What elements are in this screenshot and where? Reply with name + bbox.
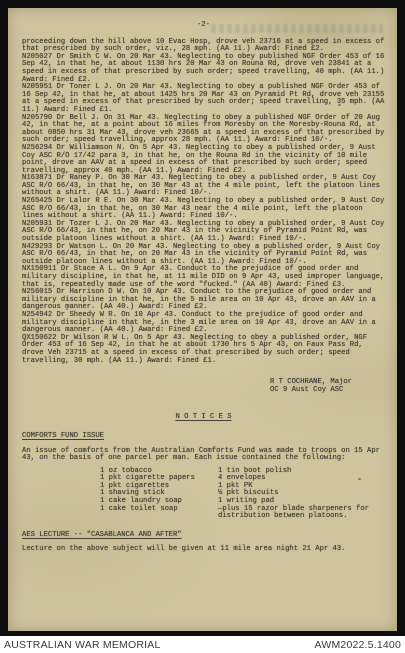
lecture-heading: AES LECTURE -- "CASABLANCA AND AFTER": [22, 532, 385, 540]
charge-entry: N265425 Dr Lalor R E. On 30 Mar 43. Negl…: [22, 198, 385, 221]
comforts-items-left: 1 oz tobacco1 pkt cigarette papers1 pkt …: [100, 468, 218, 521]
scanned-document-view: -2- proceeding down the hill above 10 Ev…: [0, 0, 405, 653]
charge-entry: proceeding down the hill above 10 Evac H…: [22, 39, 385, 54]
comforts-item: —plus 15 razor blade sharpeners for dist…: [218, 506, 378, 521]
awm-caption-title: AUSTRALIAN WAR MEMORIAL: [4, 639, 160, 651]
charge-entry: N256015 Dr Harrison D W. On 10 Apr 43. C…: [22, 289, 385, 312]
charge-entry: N256294 Dr Williamson N. On 5 Apr 43. Ne…: [22, 145, 385, 175]
signature-block: R T COCHRANE, Major OC 9 Aust Coy ASC: [270, 379, 385, 394]
document-page: -2- proceeding down the hill above 10 Ev…: [8, 8, 397, 631]
charge-entry: N205951 Dr Toner L J. On 20 Mar 43. Negl…: [22, 84, 385, 114]
page-number: -2-: [22, 22, 385, 30]
notices-heading: N O T I C E S: [22, 414, 385, 422]
comforts-fund-intro: An issue of comforts from the Australian…: [22, 448, 385, 463]
awm-accession-number: AWM2022.5.1400: [315, 639, 401, 651]
lecture-body: Lecture on the above subject will be giv…: [22, 546, 385, 554]
charge-entry: N205027 Dr Smith C W. On 20 Mar 43. Negl…: [22, 54, 385, 84]
charge-entry: N205931 Dr Tozer L J. On 20 Mar 43. Negl…: [22, 221, 385, 244]
comforts-fund-heading: COMFORTS FUND ISSUE: [22, 433, 385, 441]
typewritten-content: -2- proceeding down the hill above 10 Ev…: [22, 22, 385, 554]
charge-entry: N429293 Dr Watson L. On 20 Mar 43. Negle…: [22, 244, 385, 267]
signature-unit: OC 9 Aust Coy ASC: [270, 387, 385, 395]
charge-entries: proceeding down the hill above 10 Evac H…: [22, 39, 385, 366]
charge-entry: N205790 Dr Bell J. On 31 Mar 43. Neglect…: [22, 115, 385, 145]
comforts-item-columns: 1 oz tobacco1 pkt cigarette papers1 pkt …: [100, 468, 385, 521]
charge-entry: NX150911 Dr Stace A L. On 9 Apr 43. Cond…: [22, 266, 385, 289]
comforts-item: 1 cake toilet soap: [100, 506, 218, 514]
awm-caption-bar: AUSTRALIAN WAR MEMORIAL AWM2022.5.1400: [0, 636, 405, 653]
comforts-items-right: 1 tin boot polish4 envelopes1 pkt PK½ pk…: [218, 468, 378, 521]
charge-entry: N163871 Dr Raney P. On 30 Mar 43. Neglec…: [22, 175, 385, 198]
charge-entry: N254942 Dr Sheedy W R. On 10 Apr 43. Con…: [22, 312, 385, 335]
charge-entry: QX150622 Dr Wilson R W L. On 5 Apr 43. N…: [22, 335, 385, 365]
